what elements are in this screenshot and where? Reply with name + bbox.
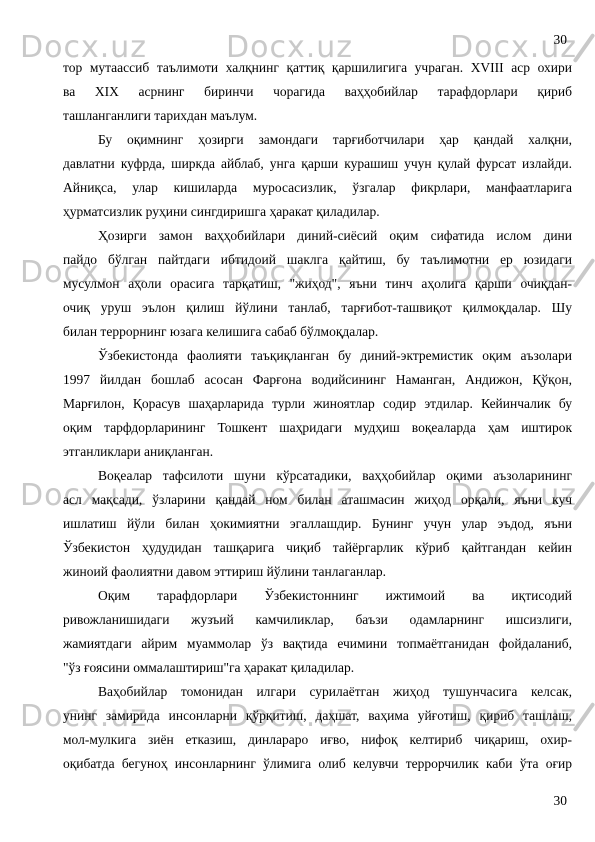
paragraph: Бу оқимнинг ҳозирги замондаги тарғиботчи…	[63, 128, 572, 224]
text-line: унинг замирида инсонларни қўрқитиш, даҳш…	[63, 704, 572, 728]
text-line: оқим тарфдорларининг Тошкент шаҳридаги м…	[63, 416, 572, 440]
text-line: Бу оқимнинг ҳозирги замондаги тарғиботчи…	[63, 128, 572, 152]
text-body: тор мутаассиб таълимоти халқнинг қаттиқ …	[63, 56, 572, 776]
text-line: ташланганлиги тарихдан маълум.	[63, 104, 572, 128]
text-line: Айниқса, улар кишиларда муросасизлик, ўз…	[63, 176, 572, 200]
paragraph: Ваҳобийлар томонидан илгари сурилаётган …	[63, 680, 572, 776]
text-line: ишлатиш йўли билан ҳокимиятни эгаллашдир…	[63, 512, 572, 536]
text-line: асл мақсади, ўзларини қандай ном билан а…	[63, 488, 572, 512]
text-line: мусулмон аҳоли орасига тарқатиш, "жиҳод"…	[63, 272, 572, 296]
text-line: Ҳозирги замон ваҳҳобийлари диний-сиёсий …	[63, 224, 572, 248]
paragraph: Воқеалар тафсилоти шуни кўрсатадики, ваҳ…	[63, 464, 572, 584]
text-line: ва XIX асрнинг биринчи чорагида ваҳҳобий…	[63, 80, 572, 104]
text-line: Оқим тарафдорлари Ўзбекистоннинг ижтимои…	[63, 584, 572, 608]
text-line: жамиятдаги айрим муаммолар ўз вақтида еч…	[63, 632, 572, 656]
text-line: Марғилон, Қорасув шаҳарларида турли жино…	[63, 392, 572, 416]
text-line: Ўзбекистонда фаолияти таъқиқланган бу ди…	[63, 344, 572, 368]
text-line: оқибатда бегуноҳ инсонларнинг ўлимига ол…	[63, 752, 572, 776]
text-line: Ўзбекистон ҳудудидан ташқарига чиқиб тай…	[63, 536, 572, 560]
text-line: пайдо бўлган пайтдаги ибтидоий шаклга қа…	[63, 248, 572, 272]
text-line: Ваҳобийлар томонидан илгари сурилаётган …	[63, 680, 572, 704]
footer-page-number: 30	[554, 794, 568, 808]
paragraph: Оқим тарафдорлари Ўзбекистоннинг ижтимои…	[63, 584, 572, 680]
paragraph: тор мутаассиб таълимоти халқнинг қаттиқ …	[63, 56, 572, 128]
text-line: 1997 йилдан бошлаб асосан Фарғона водийс…	[63, 368, 572, 392]
text-line: билан террорнинг юзага келишига сабаб бў…	[63, 320, 572, 344]
text-line: жиноий фаолиятни давом эттириш йўлини та…	[63, 560, 572, 584]
text-line: очиқ уруш эълон қилиш йўлини танлаб, тар…	[63, 296, 572, 320]
text-line: ҳурматсизлик руҳини сингдиришга ҳаракат …	[63, 200, 572, 224]
paragraph: Ҳозирги замон ваҳҳобийлари диний-сиёсий …	[63, 224, 572, 344]
text-line: этганликлари аниқланган.	[63, 440, 572, 464]
document-page: Docx.uzDocx.uzDocx.uzDocx.uzDocx.uzDocx.…	[0, 0, 595, 842]
text-line: Воқеалар тафсилоти шуни кўрсатадики, ваҳ…	[63, 464, 572, 488]
header-page-number: 30	[554, 33, 568, 47]
paragraph: Ўзбекистонда фаолияти таъқиқланган бу ди…	[63, 344, 572, 464]
text-line: давлатни куфрда, ширкда айблаб, унга қар…	[63, 152, 572, 176]
text-line: ривожланишидаги жузъий камчиликлар, баъз…	[63, 608, 572, 632]
text-line: мол-мулкига зиён етказиш, динлараро иғво…	[63, 728, 572, 752]
text-line: тор мутаассиб таълимоти халқнинг қаттиқ …	[63, 56, 572, 80]
text-line: "ўз ғоясини оммалаштириш"га ҳаракат қила…	[63, 656, 572, 680]
